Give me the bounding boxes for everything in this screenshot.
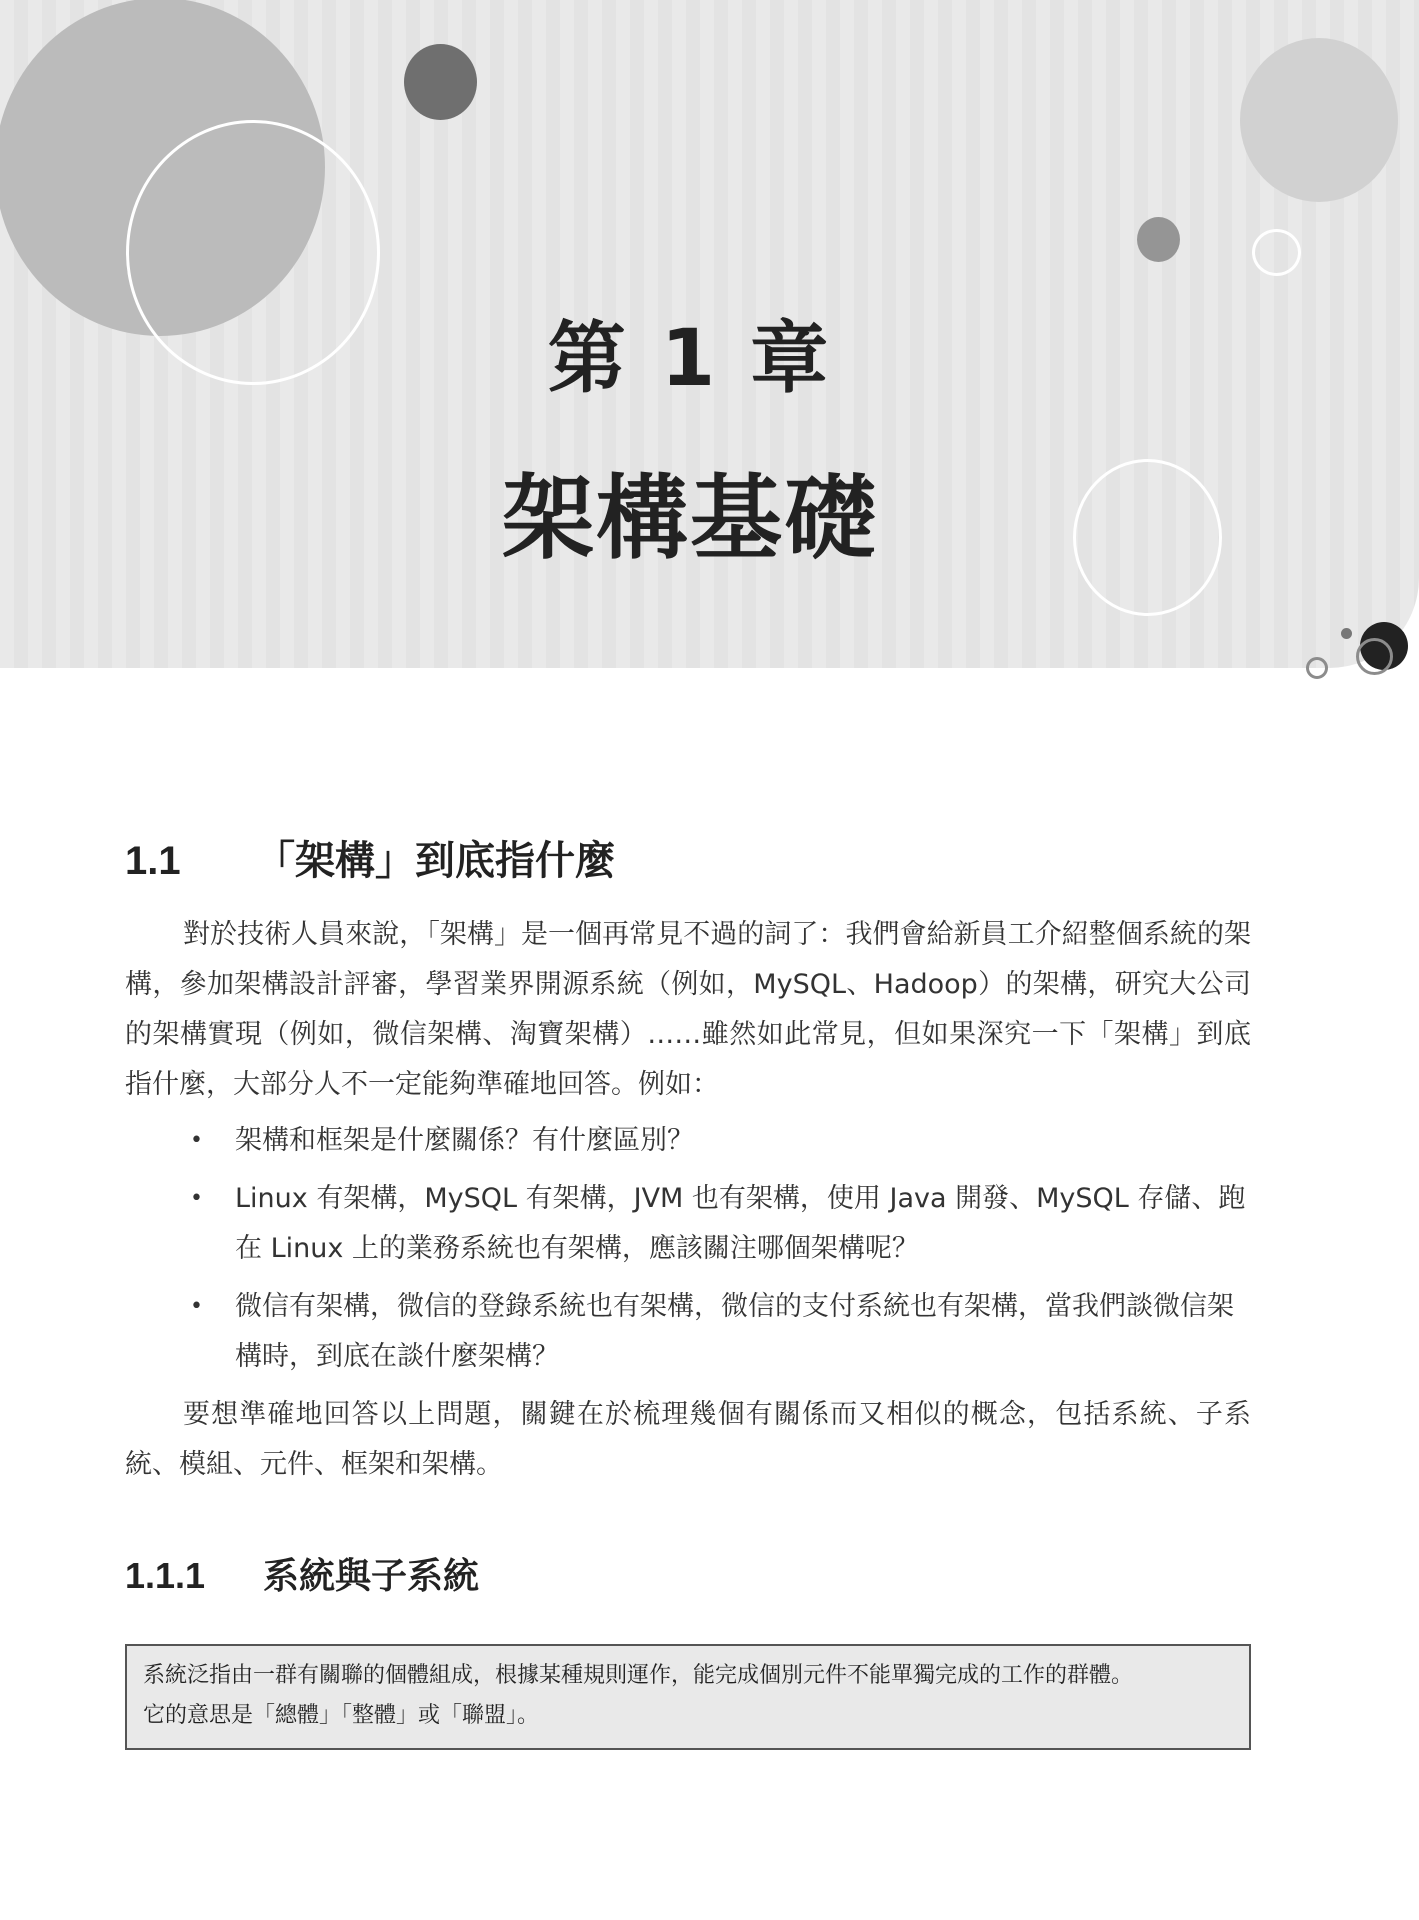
intro-paragraph: 對於技術人員來說，「架構」是一個再常見不過的詞了：我們會給新員工介紹整個系統的架… bbox=[125, 910, 1251, 1110]
decorative-tiny-dot-icon bbox=[1341, 628, 1352, 639]
section-heading: 1.1「架構」到底指什麼 bbox=[125, 830, 1251, 892]
list-item-text: 架構和框架是什麼關係？有什麼區別？ bbox=[235, 1125, 694, 1156]
bullet-icon: • bbox=[190, 1174, 203, 1224]
decorative-gray-dot-icon bbox=[1137, 217, 1180, 262]
chapter-title: 架構基礎 bbox=[0, 445, 1380, 577]
chapter-header-band: 第 1 章 架構基礎 bbox=[0, 0, 1419, 668]
bullet-icon: • bbox=[190, 1116, 203, 1166]
decorative-light-circle-icon bbox=[1240, 38, 1398, 202]
page-content: 1.1「架構」到底指什麼 對於技術人員來說，「架構」是一個再常見不過的詞了：我們… bbox=[125, 830, 1251, 1750]
subsection-title: 系統與子系統 bbox=[263, 1555, 479, 1596]
list-item: • 架構和框架是什麼關係？有什麼區別？ bbox=[190, 1116, 1251, 1166]
question-list: • 架構和框架是什麼關係？有什麼區別？ • Linux 有架構，MySQL 有架… bbox=[190, 1116, 1251, 1382]
chapter-number: 第 1 章 bbox=[0, 296, 1380, 408]
definition-line: 它的意思是「總體」「整體」或「聯盟」。 bbox=[143, 1696, 1233, 1736]
section-number: 1.1 bbox=[125, 830, 255, 892]
definition-line: 系統泛指由一群有關聯的個體組成，根據某種規則運作，能完成個別元件不能單獨完成的工… bbox=[143, 1656, 1233, 1696]
decorative-small-white-ring-icon bbox=[1252, 229, 1301, 276]
decorative-small-gray-ring-icon bbox=[1306, 657, 1328, 679]
section-title: 「架構」到底指什麼 bbox=[255, 839, 615, 883]
subsection-heading: 1.1.1系統與子系統 bbox=[125, 1548, 1251, 1604]
list-item: • 微信有架構，微信的登錄系統也有架構，微信的支付系統也有架構，當我們談微信架構… bbox=[190, 1282, 1251, 1382]
list-item-text: 微信有架構，微信的登錄系統也有架構，微信的支付系統也有架構，當我們談微信架構時，… bbox=[235, 1291, 1234, 1372]
definition-box: 系統泛指由一群有關聯的個體組成，根據某種規則運作，能完成個別元件不能單獨完成的工… bbox=[125, 1644, 1251, 1750]
subsection-number: 1.1.1 bbox=[125, 1548, 263, 1604]
decorative-dark-dot-icon bbox=[404, 44, 477, 120]
conclusion-paragraph: 要想準確地回答以上問題，關鍵在於梳理幾個有關係而又相似的概念，包括系統、子系統、… bbox=[125, 1390, 1251, 1490]
decorative-gray-ring-icon bbox=[1356, 638, 1393, 675]
bullet-icon: • bbox=[190, 1282, 203, 1332]
list-item-text: Linux 有架構，MySQL 有架構，JVM 也有架構，使用 Java 開發、… bbox=[235, 1183, 1245, 1264]
list-item: • Linux 有架構，MySQL 有架構，JVM 也有架構，使用 Java 開… bbox=[190, 1174, 1251, 1274]
